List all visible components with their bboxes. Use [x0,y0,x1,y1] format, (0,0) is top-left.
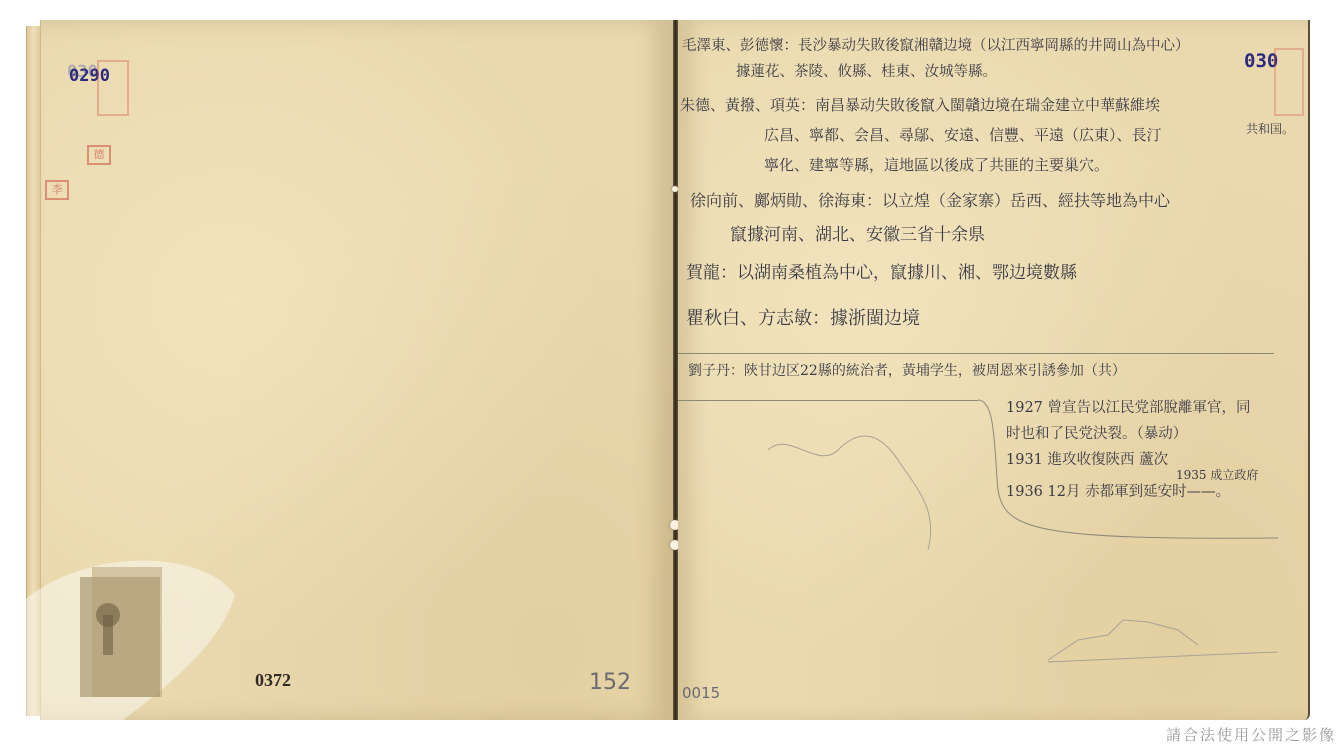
red-seal-top [97,60,129,116]
pencil-page-number: 152 [589,670,631,695]
right-page: 030 毛澤東、彭德懷：長沙暴动失敗後竄湘贛边境（以江西寧岡縣的井岡山為中心） … [678,20,1310,720]
pencil-rule [678,353,1274,354]
printed-page-number: 0372 [255,670,291,691]
book-keyhole-logo [0,555,240,730]
note-line: 徐向前、鄺炳勛、徐海東：以立煌（金家寨）岳西、經扶等地為中心 [690,188,1170,211]
red-seal-de: 德 [87,145,111,165]
pencil-page-number: 0015 [682,684,720,702]
note-line: 寧化、建寧等縣，這地區以後成了共匪的主要巢穴。 [764,154,1109,175]
usage-notice: 請合法使用公開之影像 [1166,724,1336,745]
note-line: 広昌、寧都、会昌、尋鄔、安遠、信豐、平遠（広東）、長汀 [764,124,1162,145]
note-line: 毛澤東、彭德懷：長沙暴动失敗後竄湘贛边境（以江西寧岡縣的井岡山為中心） [682,34,1190,55]
note-line: 賀龍：以湖南桑植為中心，竄據川、湘、鄂边境數縣 [686,258,1077,283]
red-seal-li: 李 [45,180,69,200]
note-line: 共和国。 [1246,120,1294,137]
note-line: 劉子丹：陝甘边区22縣的統治者，黃埔学生，被周恩來引誘參加（共） [688,360,1126,380]
note-line: 據蓮花、茶陵、攸縣、桂東、汝城等縣。 [736,60,997,81]
pencil-map-sketch [678,390,1298,690]
note-line: 朱德、黃撥、項英：南昌暴动失敗後竄入閩贛边境在瑞金建立中華蘇維埃 [680,94,1160,115]
note-line: 竄據河南、湖北、安徽三省十余県 [730,220,985,245]
red-seal-right [1274,48,1304,116]
note-line: 瞿秋白、方志敏：據浙閩边境 [686,304,920,330]
